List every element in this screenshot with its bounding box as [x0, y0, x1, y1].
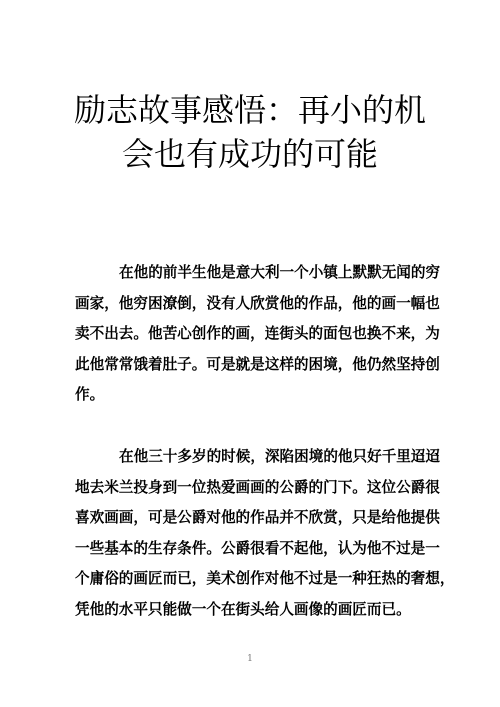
paragraph-2: 在他三十多岁的时候，深陷困境的他只好千里迢迢 地去米兰投身到一位热爱画画的公爵的… [75, 442, 425, 625]
paragraph-line: 此他常常饿着肚子。可是就是这样的困境，他仍然坚持创 [75, 350, 425, 381]
paragraph-line: 在他三十多岁的时候，深陷困境的他只好千里迢迢 [75, 442, 425, 473]
paragraph-line: 作。 [75, 380, 425, 411]
paragraph-line: 凭他的水平只能做一个在街头给人画像的画匠而已。 [75, 595, 425, 626]
paragraph-line: 在他的前半生他是意大利一个小镇上默默无闻的穷 [75, 258, 425, 289]
page-number: 1 [0, 654, 500, 664]
paragraph-line: 画家，他穷困潦倒，没有人欣赏他的作品，他的画一幅也 [75, 289, 425, 320]
paragraph-line: 卖不出去。他苦心创作的画，连街头的面包也换不来，为 [75, 319, 425, 350]
paragraph-line: 一些基本的生存条件。公爵很看不起他，认为他不过是一 [75, 534, 425, 565]
paragraph-line: 个庸俗的画匠而已，美术创作对他不过是一种狂热的奢想， [75, 564, 425, 595]
paragraph-line: 地去米兰投身到一位热爱画画的公爵的门下。这位公爵很 [75, 473, 425, 504]
paragraph-line: 喜欢画画，可是公爵对他的作品并不欣赏，只是给他提供 [75, 503, 425, 534]
paragraph-1: 在他的前半生他是意大利一个小镇上默默无闻的穷 画家，他穷困潦倒，没有人欣赏他的作… [75, 258, 425, 411]
document-page: 励志故事感悟：再小的机 会也有成功的可能 在他的前半生他是意大利一个小镇上默默无… [0, 0, 500, 707]
title-line-2: 会也有成功的可能 [60, 132, 440, 176]
document-title: 励志故事感悟：再小的机 会也有成功的可能 [60, 88, 440, 176]
title-line-1: 励志故事感悟：再小的机 [60, 88, 440, 132]
